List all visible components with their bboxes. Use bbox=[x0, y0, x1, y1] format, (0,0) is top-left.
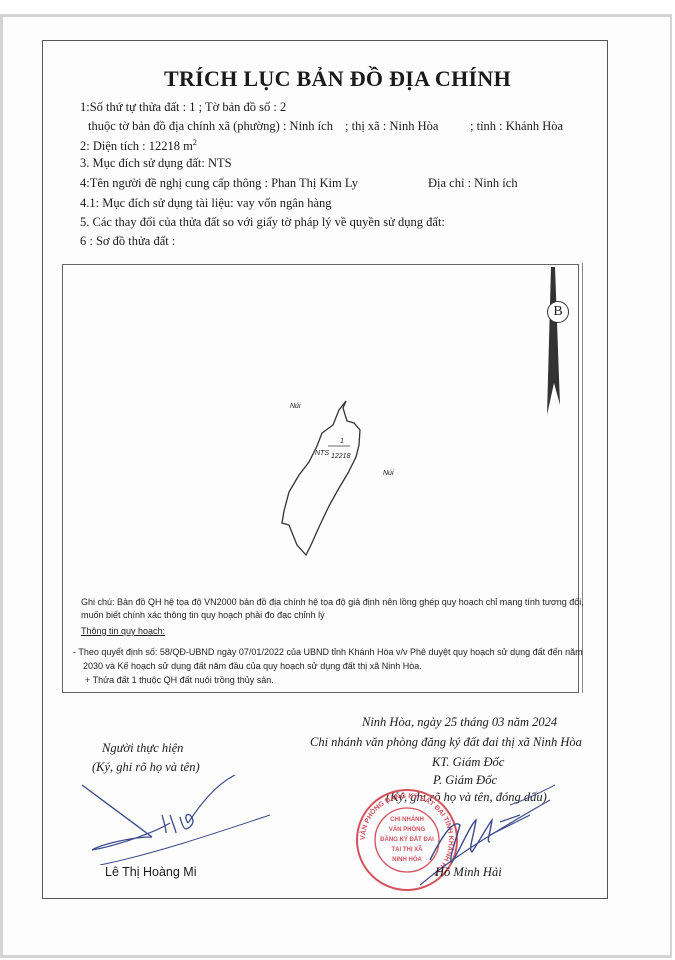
map-sheet-commune: thuộc tờ bản đồ địa chính xã (phường) : … bbox=[88, 119, 333, 134]
parcel-outline bbox=[282, 401, 360, 555]
performer-title: Người thực hiện bbox=[102, 741, 183, 756]
parcel-number-label: 1 bbox=[340, 438, 344, 445]
parcel-landuse-code: NTS bbox=[315, 450, 329, 457]
performer-name: Lê Thị Hoàng Mi bbox=[105, 865, 197, 879]
requester-address: Địa chỉ : Ninh ích bbox=[428, 176, 518, 191]
map-note-line2: muốn biết chính xác thông tin quy hoạch … bbox=[81, 610, 325, 620]
planning-decision-line2: 2030 và Kế hoạch sử dụng đất năm đầu của… bbox=[83, 661, 422, 671]
neighbor-label-east: Núi bbox=[383, 470, 394, 477]
parcel-map-canvas bbox=[63, 265, 580, 585]
parcel-area-label: 12218 bbox=[331, 453, 350, 460]
neighbor-label-north: Núi bbox=[290, 403, 301, 410]
land-use-purpose: 3. Mục đích sử dụng đất: NTS bbox=[80, 156, 232, 171]
planning-info-heading: Thông tin quy hoạch: bbox=[81, 626, 165, 636]
north-symbol: B bbox=[547, 301, 569, 323]
requester-name: 4:Tên người đề nghị cung cấp thông : Pha… bbox=[80, 176, 358, 191]
performer-signature bbox=[70, 775, 290, 865]
planning-parcel-status: + Thửa đất 1 thuộc QH đất nuôi trồng thủ… bbox=[85, 675, 274, 685]
issue-date: Ninh Hòa, ngày 25 tháng 03 năm 2024 bbox=[362, 715, 557, 730]
parcel-number-line: 1:Số thứ tự thửa đất : 1 ; Tờ bản đồ số … bbox=[80, 100, 286, 115]
signer-role-kt: KT. Giám Đốc bbox=[432, 755, 504, 770]
parcel-map: B Núi Núi NTS 1 12218 bbox=[63, 265, 578, 585]
director-name: Hồ Minh Hải bbox=[435, 865, 502, 880]
map-margin-line bbox=[582, 263, 583, 693]
planning-decision-line1: - Theo quyết định số: 58/QĐ-UBND ngày 07… bbox=[73, 647, 583, 657]
sign-instruction-left: (Ký, ghi rõ họ và tên) bbox=[92, 760, 200, 775]
parcel-map-box: B Núi Núi NTS 1 12218 Ghi chú: Bản đồ QH… bbox=[62, 264, 579, 693]
map-note-line1: Ghi chú: Bản đồ QH hệ tọa độ VN2000 bản … bbox=[81, 597, 584, 607]
issuing-office: Chi nhánh văn phòng đăng ký đất đai thị … bbox=[310, 735, 582, 750]
area-unit-superscript: 2 bbox=[193, 138, 197, 147]
changes-line: 5. Các thay đổi của thửa đất so với giấy… bbox=[80, 215, 445, 230]
area-text: 2: Diện tích : 12218 m bbox=[80, 139, 193, 153]
document-usage-purpose: 4.1: Mục đích sử dụng tài liệu: vay vốn … bbox=[80, 196, 332, 211]
map-sheet-town: ; thị xã : Ninh Hòa bbox=[345, 119, 438, 134]
parcel-diagram-heading: 6 : Sơ đồ thửa đất : bbox=[80, 234, 175, 249]
north-arrow-icon bbox=[547, 267, 560, 415]
document-title: TRÍCH LỤC BẢN ĐỒ ĐỊA CHÍNH bbox=[0, 66, 675, 92]
area-line: 2: Diện tích : 12218 m2 bbox=[80, 138, 197, 154]
map-sheet-province: ; tỉnh : Khánh Hòa bbox=[470, 119, 563, 134]
